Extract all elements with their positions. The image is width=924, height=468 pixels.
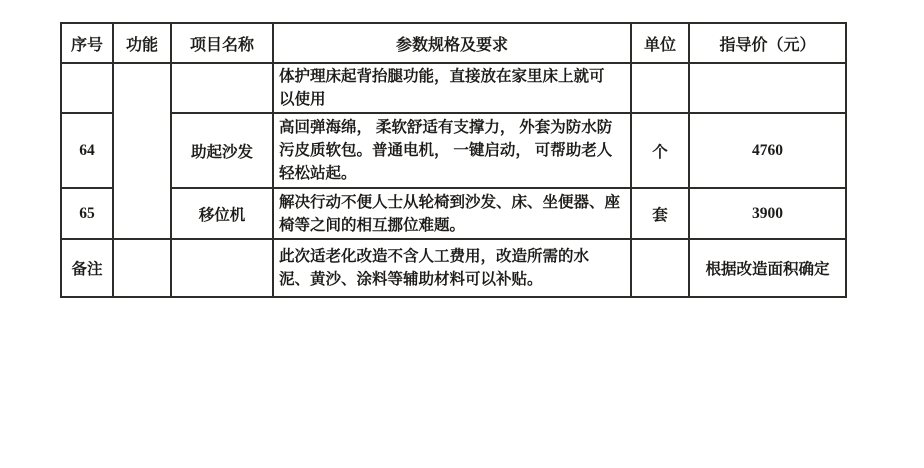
cell-project-name: 助起沙发	[171, 113, 273, 188]
column-header-project-name: 项目名称	[171, 23, 273, 63]
column-header-function: 功能	[113, 23, 171, 63]
header-row: 序号 功能 项目名称 参数规格及要求 单位 指导价（元）	[61, 23, 846, 63]
column-header-price: 指导价（元）	[689, 23, 846, 63]
cell-project-name	[171, 239, 273, 297]
cell-index: 64	[61, 113, 113, 188]
table-row-65: 65 移位机 解决行动不便人士从轮椅到沙发、床、坐便器、座 椅等之间的相互挪位难…	[61, 188, 846, 239]
cell-price: 根据改造面积确定	[689, 239, 846, 297]
cell-unit: 个	[631, 113, 689, 188]
cell-index	[61, 63, 113, 113]
cell-index: 65	[61, 188, 113, 239]
cell-index: 备注	[61, 239, 113, 297]
cell-spec: 解决行动不便人士从轮椅到沙发、床、坐便器、座 椅等之间的相互挪位难题。	[273, 188, 631, 239]
cell-project-name: 移位机	[171, 188, 273, 239]
cell-spec: 此次适老化改造不含人工费用，改造所需的水 泥、黄沙、涂料等辅助材料可以补贴。	[273, 239, 631, 297]
cell-function-merged	[113, 63, 171, 239]
product-spec-table: 序号 功能 项目名称 参数规格及要求 单位 指导价（元） 体护理床起背抬腿功能，…	[60, 22, 847, 298]
column-header-spec: 参数规格及要求	[273, 23, 631, 63]
cell-project-name	[171, 63, 273, 113]
cell-unit	[631, 63, 689, 113]
table-row-continuation: 体护理床起背抬腿功能，直接放在家里床上就可 以使用	[61, 63, 846, 113]
cell-spec: 体护理床起背抬腿功能，直接放在家里床上就可 以使用	[273, 63, 631, 113]
table-row-64: 64 助起沙发 高回弹海绵， 柔软舒适有支撑力， 外套为防水防 污皮质软包。普通…	[61, 113, 846, 188]
cell-function	[113, 239, 171, 297]
cell-unit: 套	[631, 188, 689, 239]
column-header-index: 序号	[61, 23, 113, 63]
cell-price: 3900	[689, 188, 846, 239]
cell-price	[689, 63, 846, 113]
cell-unit	[631, 239, 689, 297]
table-row-note: 备注 此次适老化改造不含人工费用，改造所需的水 泥、黄沙、涂料等辅助材料可以补贴…	[61, 239, 846, 297]
scanned-document-page: 序号 功能 项目名称 参数规格及要求 单位 指导价（元） 体护理床起背抬腿功能，…	[0, 0, 924, 468]
cell-spec: 高回弹海绵， 柔软舒适有支撑力， 外套为防水防 污皮质软包。普通电机， 一键启动…	[273, 113, 631, 188]
column-header-unit: 单位	[631, 23, 689, 63]
cell-price: 4760	[689, 113, 846, 188]
